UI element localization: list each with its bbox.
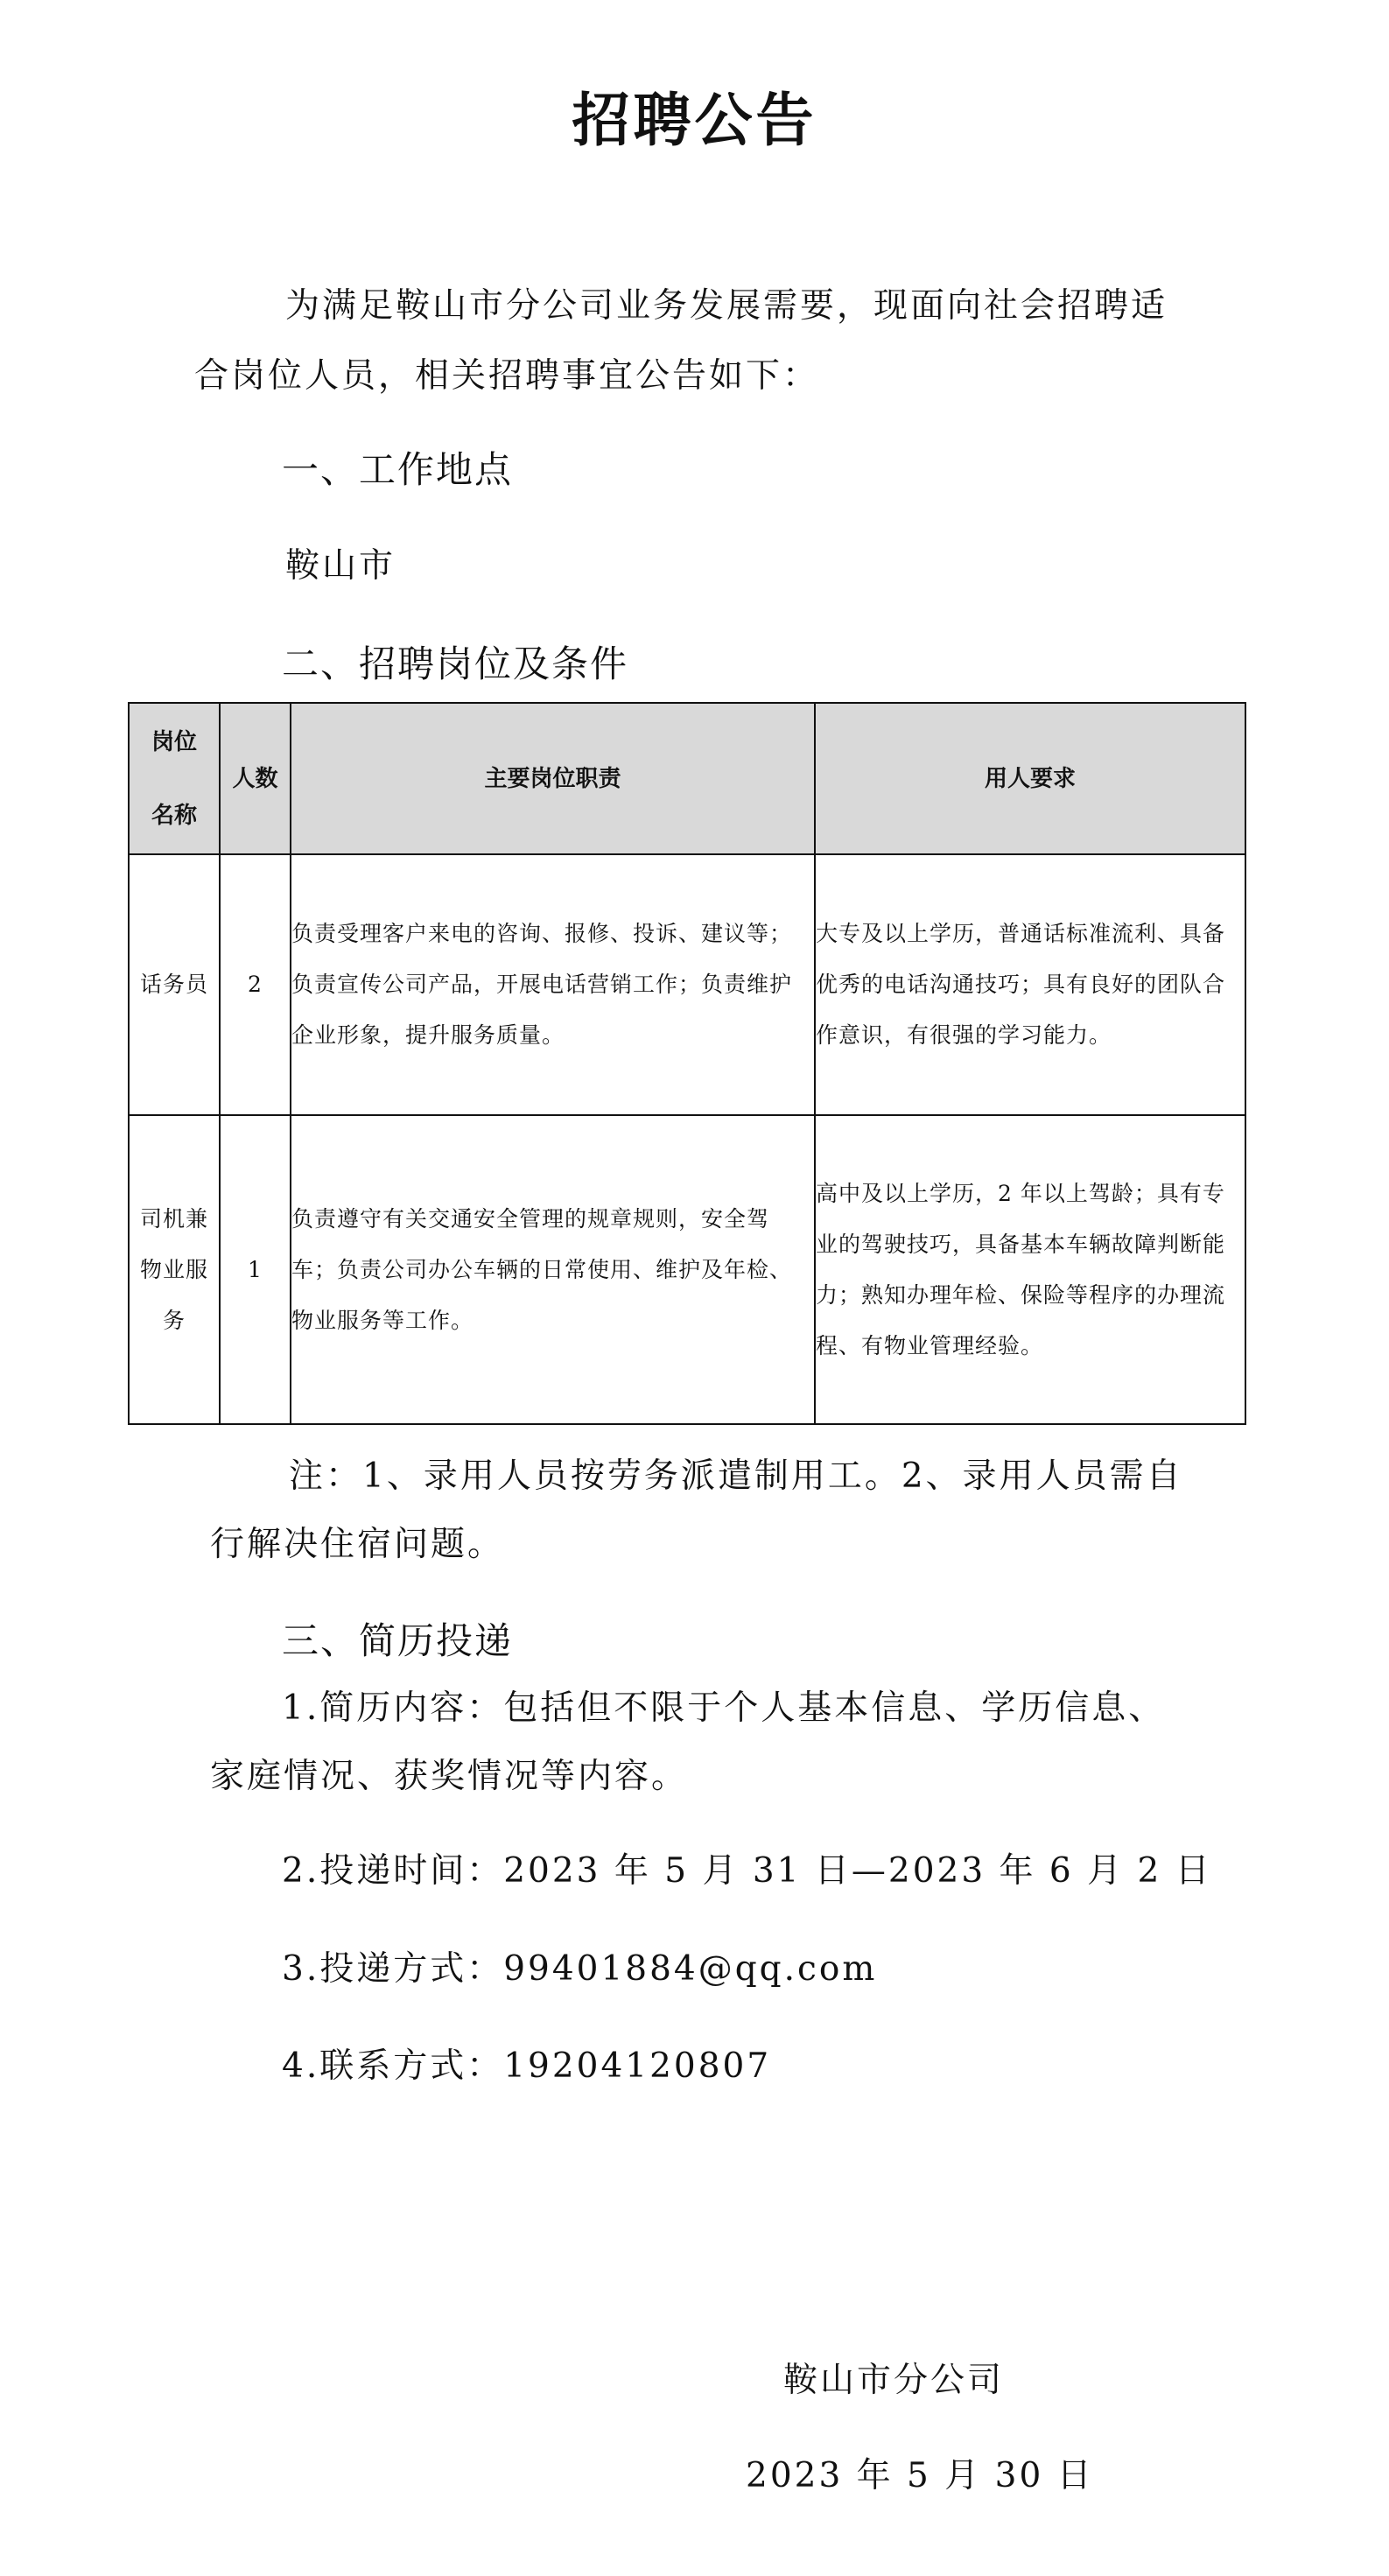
signature-organization: 鞍山市分公司 <box>783 2353 1004 2402</box>
header-requirements: 用人要求 <box>815 703 1245 854</box>
work-location: 鞍山市 <box>285 538 396 587</box>
duties-cell: 负责遵守有关交通安全管理的规章规则，安全驾车；负责公司办公车辆的日常使用、维护及… <box>291 1115 815 1424</box>
note-line-2: 行解决住宿问题。 <box>210 1517 504 1566</box>
header-duties: 主要岗位职责 <box>291 703 815 854</box>
position-name-line: 司机兼 <box>130 1194 219 1245</box>
position-name-cell: 司机兼 物业服 务 <box>129 1115 220 1424</box>
contact-phone: 4.联系方式：19204120807 <box>282 2039 771 2088</box>
page-title: 招聘公告 <box>0 74 1389 157</box>
requirements-cell: 大专及以上学历，普通话标准流利、具备优秀的电话沟通技巧；具有良好的团队合作意识，… <box>815 854 1245 1115</box>
positions-table: 岗位 名称 人数 主要岗位职责 用人要求 话务员 2 负责受理客户来电的咨询、报… <box>128 702 1246 1425</box>
header-position-line-1: 岗位 <box>130 705 219 779</box>
position-name-line: 话务员 <box>130 959 219 1010</box>
section-2-heading: 二、招聘岗位及条件 <box>282 635 628 688</box>
section-1-heading: 一、工作地点 <box>282 441 513 494</box>
submission-time: 2.投递时间：2023 年 5 月 31 日—2023 年 6 月 2 日 <box>282 1843 1212 1892</box>
position-name-line: 物业服 <box>130 1245 219 1295</box>
header-count: 人数 <box>220 703 291 854</box>
intro-line-1: 为满足鞍山市分公司业务发展需要，现面向社会招聘适 <box>285 278 1168 327</box>
table-row: 司机兼 物业服 务 1 负责遵守有关交通安全管理的规章规则，安全驾车；负责公司办… <box>129 1115 1245 1424</box>
table-row: 话务员 2 负责受理客户来电的咨询、报修、投诉、建议等；负责宣传公司产品，开展电… <box>129 854 1245 1115</box>
section-3-heading: 三、简历投递 <box>282 1612 513 1665</box>
count-cell: 1 <box>220 1115 291 1424</box>
header-position-name: 岗位 名称 <box>129 703 220 854</box>
submission-email: 3.投递方式：99401884@qq.com <box>282 1941 877 1990</box>
note-line-1: 注：1、录用人员按劳务派遣制用工。2、录用人员需自 <box>289 1449 1183 1498</box>
duties-cell: 负责受理客户来电的咨询、报修、投诉、建议等；负责宣传公司产品，开展电话营销工作；… <box>291 854 815 1115</box>
intro-line-2: 合岗位人员，相关招聘事宜公告如下： <box>194 348 819 397</box>
table-header-row: 岗位 名称 人数 主要岗位职责 用人要求 <box>129 703 1245 854</box>
signature-date: 2023 年 5 月 30 日 <box>746 2448 1094 2497</box>
position-name-line: 务 <box>130 1295 219 1346</box>
resume-item-1-line-2: 家庭情况、获奖情况等内容。 <box>210 1749 688 1798</box>
requirements-cell: 高中及以上学历，2 年以上驾龄；具有专业的驾驶技巧，具备基本车辆故障判断能力；熟… <box>815 1115 1245 1424</box>
position-name-cell: 话务员 <box>129 854 220 1115</box>
count-cell: 2 <box>220 854 291 1115</box>
resume-item-1-line-1: 1.简历内容：包括但不限于个人基本信息、学历信息、 <box>282 1681 1165 1730</box>
header-position-line-2: 名称 <box>130 779 219 853</box>
